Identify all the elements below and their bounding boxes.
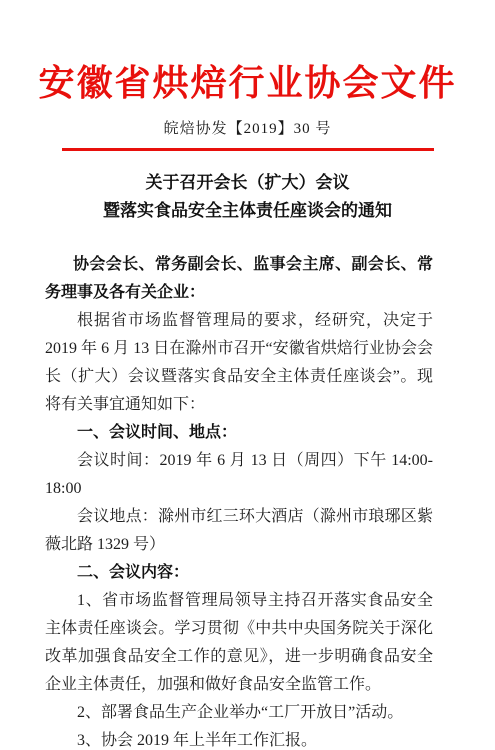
document-letterhead: 安徽省烘焙行业协会文件 皖焙协发【2019】30 号 [0, 0, 495, 151]
meeting-location: 会议地点：滁州市红三环大酒店（滁州市琅琊区紫薇北路 1329 号） [45, 503, 433, 559]
section-heading-2: 二、会议内容： [45, 559, 433, 587]
official-document-page: 安徽省烘焙行业协会文件 皖焙协发【2019】30 号 关于召开会长（扩大）会议 … [0, 0, 495, 750]
agenda-item-2: 2、部署食品生产企业举办“工厂开放日”活动。 [45, 699, 433, 727]
agenda-item-1: 1、省市场监督管理局领导主持召开落实食品安全主体责任座谈会。学习贯彻《中共中央国… [45, 587, 433, 699]
agenda-item-3: 3、协会 2019 年上半年工作汇报。 [45, 727, 433, 750]
document-title: 关于召开会长（扩大）会议 暨落实食品安全主体责任座谈会的通知 [0, 169, 495, 225]
paragraph-intro: 根据省市场监督管理局的要求，经研究，决定于 2019 年 6 月 13 日在滁州… [45, 307, 433, 419]
document-title-line1: 关于召开会长（扩大）会议 [0, 169, 495, 197]
organization-title: 安徽省烘焙行业协会文件 [0, 62, 495, 104]
document-number: 皖焙协发【2019】30 号 [0, 119, 495, 139]
red-divider-rule [62, 148, 434, 151]
section-heading-1: 一、会议时间、地点： [45, 419, 433, 447]
salutation: 协会会长、常务副会长、监事会主席、副会长、常务理事及各有关企业： [45, 251, 433, 307]
document-title-line2: 暨落实食品安全主体责任座谈会的通知 [0, 197, 495, 225]
document-body: 协会会长、常务副会长、监事会主席、副会长、常务理事及各有关企业： 根据省市场监督… [0, 251, 495, 750]
meeting-time: 会议时间：2019 年 6 月 13 日（周四）下午 14:00-18:00 [45, 447, 433, 503]
